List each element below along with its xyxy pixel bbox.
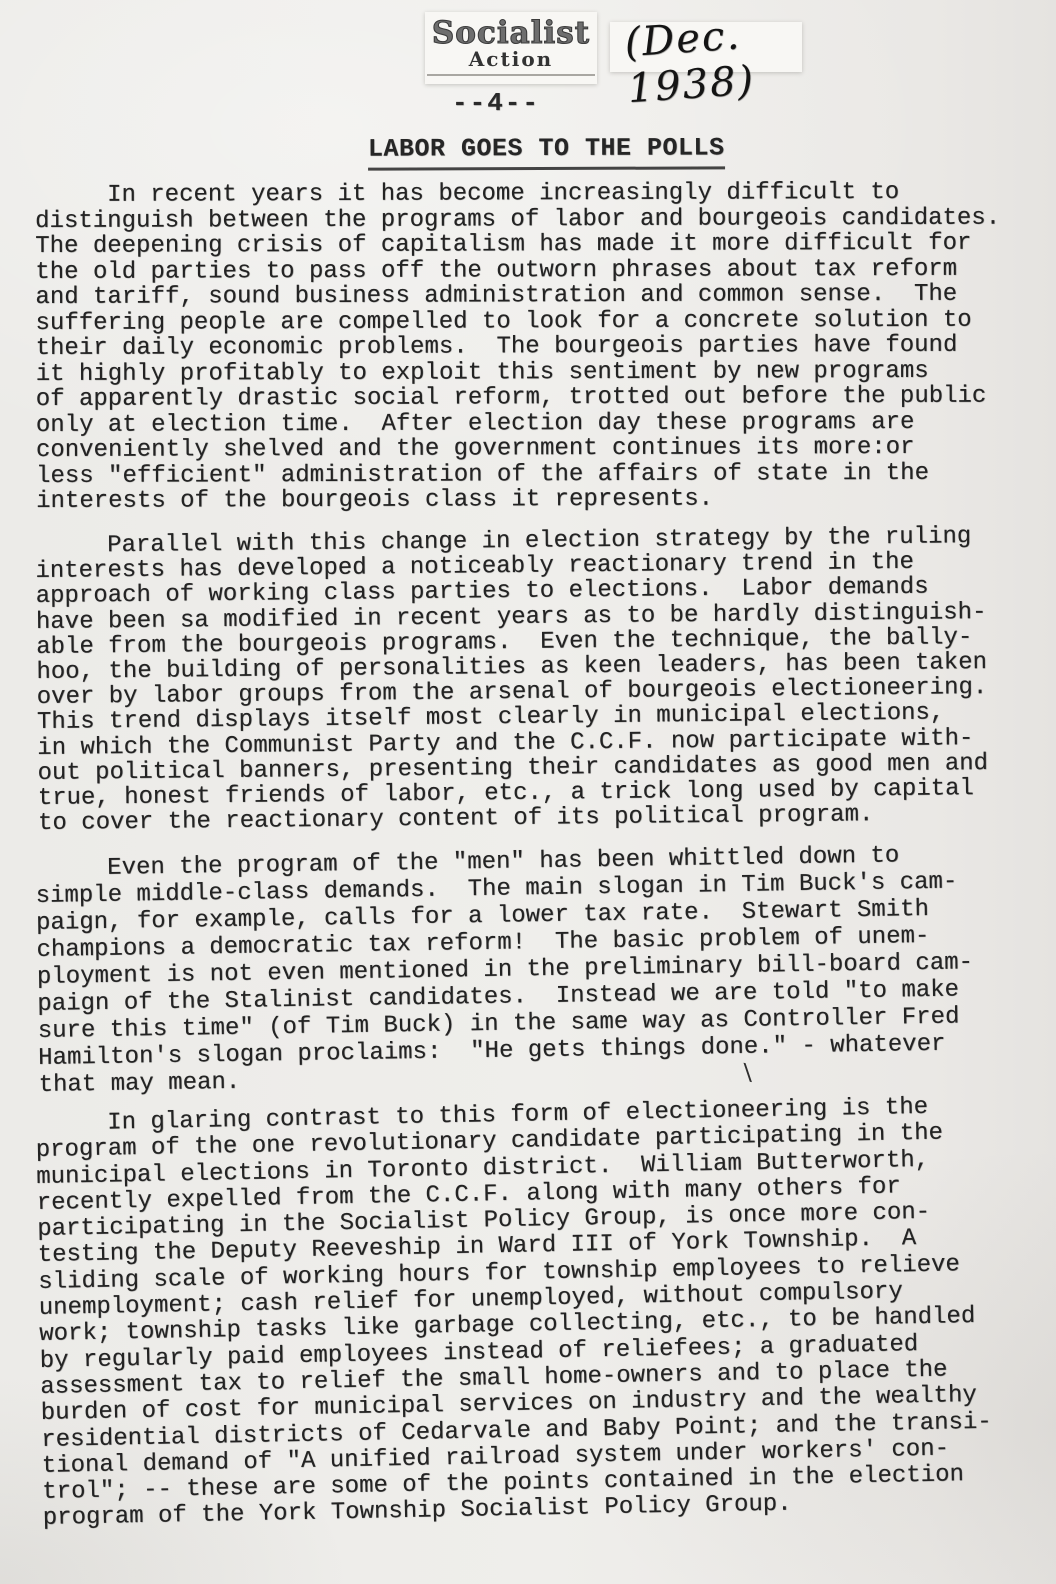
text-line: interests of the bourgeois class it repr… bbox=[36, 486, 1001, 515]
paragraph-1: In recent years it has become increasing… bbox=[35, 180, 1001, 515]
masthead-clipping: Socialist Action bbox=[425, 12, 597, 84]
masthead-subtitle: Action bbox=[425, 48, 597, 70]
page-number: --4-- bbox=[452, 88, 540, 118]
article-headline: LABOR GOES TO THE POLLS bbox=[368, 133, 725, 170]
handwritten-date-note: (Dec. 1938) bbox=[623, 4, 869, 113]
masthead-rule bbox=[427, 74, 595, 76]
masthead-title: Socialist bbox=[425, 18, 597, 48]
paragraph-3: Even the program of the "men" has been w… bbox=[35, 841, 975, 1099]
text-line: less "efficient" administration of the a… bbox=[36, 460, 1001, 489]
paragraph-2: Parallel with this change in election st… bbox=[35, 524, 989, 836]
paragraph-4: In glaring contrast to this form of elec… bbox=[35, 1094, 993, 1533]
scanned-newsletter-page: Socialist Action (Dec. 1938) --4-- LABOR… bbox=[0, 0, 1056, 1584]
